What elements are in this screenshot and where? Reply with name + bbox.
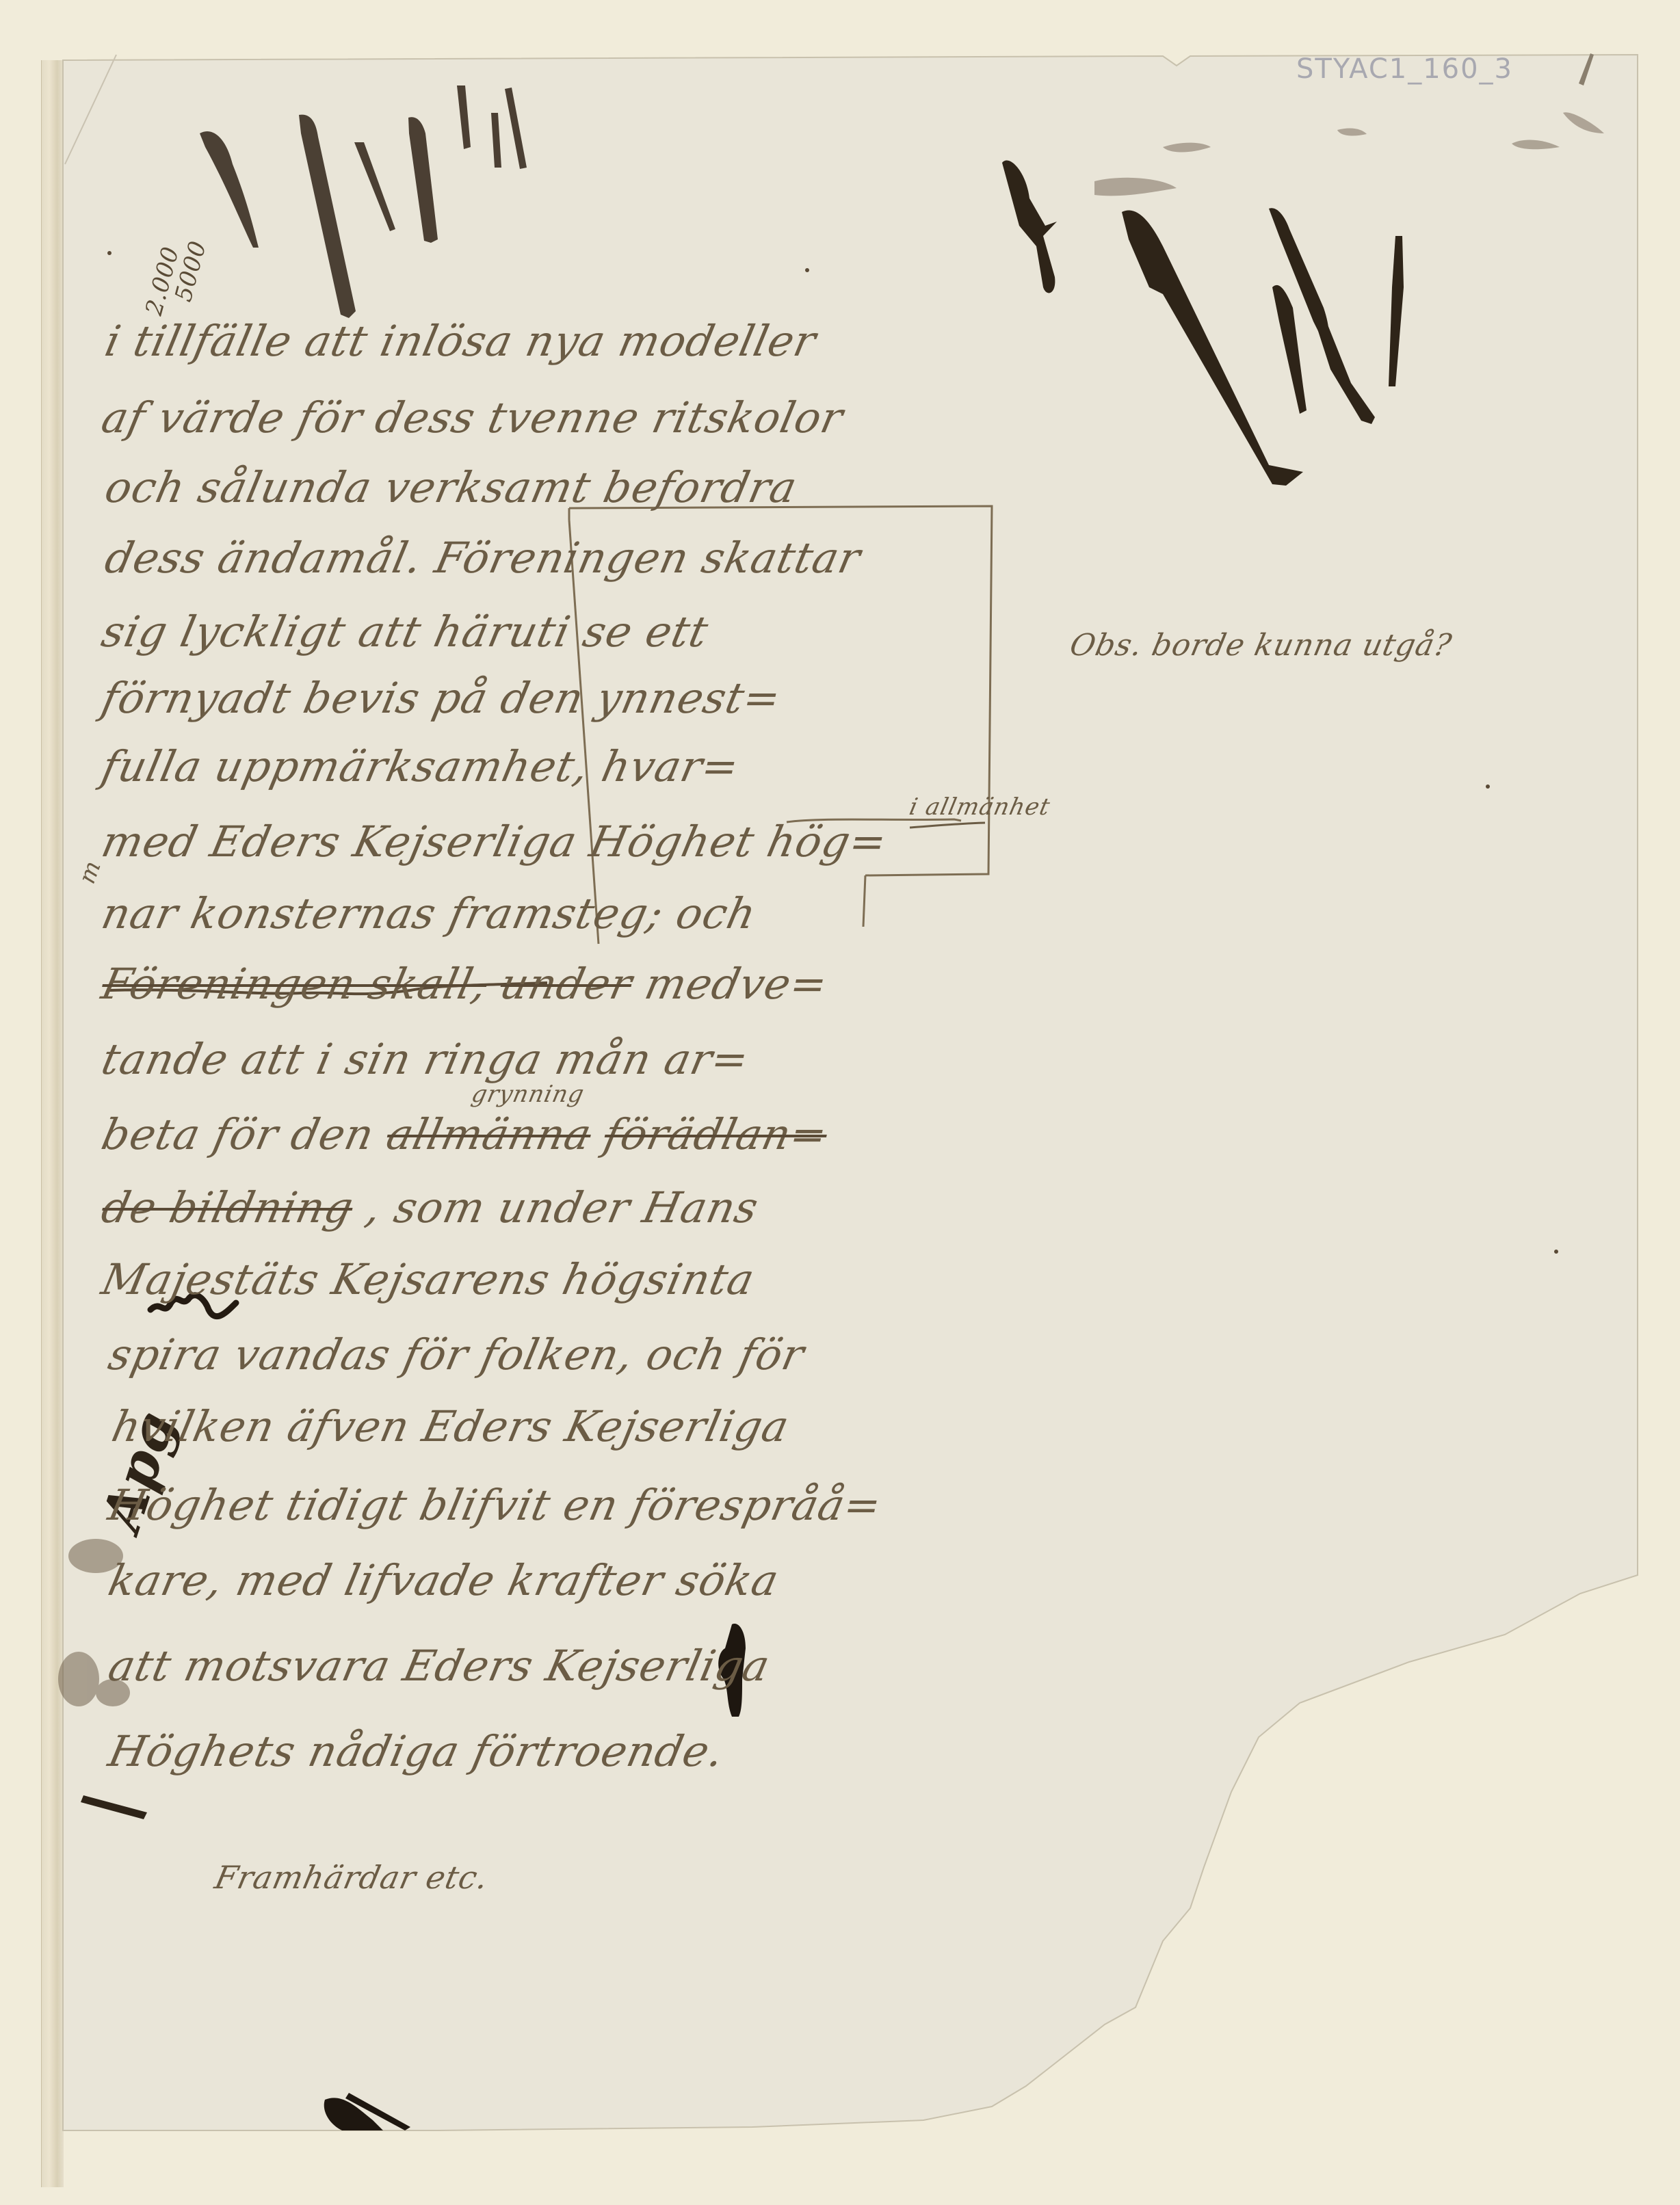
body-line-19: att motsvara Eders Kejserliga bbox=[105, 1645, 774, 1687]
body-line-7: fulla uppmärksamhet, hvar= bbox=[98, 745, 743, 788]
body-line-20: Höghets nådiga förtroende. bbox=[105, 1730, 728, 1773]
body-line-4: dess ändamål. Föreningen skattar bbox=[101, 537, 864, 579]
body-line-17: Höghet tidigt blifvit en förespråå= bbox=[105, 1484, 885, 1527]
struck-de-bildning: de bildning bbox=[97, 1183, 358, 1232]
body-line-12: beta för den allmänna förädlan= bbox=[98, 1113, 831, 1156]
closing-formula: Framhärdar etc. bbox=[211, 1859, 492, 1896]
interlinear-grynning: grynning bbox=[469, 1081, 587, 1108]
body-line-18: kare, med lifvade krafter söka bbox=[105, 1559, 783, 1602]
interlinear-i-allmanhet: i allmänhet bbox=[907, 793, 1053, 821]
body-line-1: i tillfälle att inlösa nya modeller bbox=[101, 320, 819, 362]
archive-reference: STYAC1_160_3 bbox=[1296, 53, 1513, 85]
body-line-13: de bildning , som under Hans bbox=[98, 1187, 762, 1229]
paper-sheet-shape bbox=[63, 55, 1638, 2130]
body-line-16: hvilken äfven Eders Kejserliga bbox=[108, 1405, 793, 1448]
body-line-14: Majestäts Kejsarens högsinta bbox=[98, 1258, 758, 1301]
line-13-text: , som under Hans bbox=[362, 1183, 763, 1232]
body-line-9: nar konsternas framsteg; och bbox=[98, 893, 760, 935]
body-line-15: spira vandas för folken, och för bbox=[105, 1334, 808, 1376]
body-line-6: förnyadt bevis på den ynnest= bbox=[98, 677, 785, 719]
body-line-2: af värde för dess tvenne ritskolor bbox=[98, 397, 847, 439]
body-line-5: sig lyckligt att häruti se ett bbox=[98, 611, 712, 653]
struck-under: under bbox=[496, 959, 637, 1009]
line-10-text: medve= bbox=[640, 959, 832, 1009]
body-line-10: Föreningen skall, under medve= bbox=[98, 963, 831, 1005]
body-line-8: med Eders Kejserliga Höghet hög= bbox=[98, 821, 891, 863]
line-12-text-before: beta för den bbox=[97, 1109, 378, 1159]
struck-allmanna: allmänna bbox=[382, 1109, 596, 1159]
struck-foreningen-skall: Föreningen skall, bbox=[97, 959, 492, 1009]
body-line-11: tande att i sin ringa mån ar= bbox=[98, 1038, 752, 1081]
right-margin-note: Obs. borde kunna utgå? bbox=[1067, 628, 1455, 663]
body-line-3: och sålunda verksamt befordra bbox=[101, 466, 800, 509]
struck-foradlan: förädlan= bbox=[600, 1109, 832, 1159]
